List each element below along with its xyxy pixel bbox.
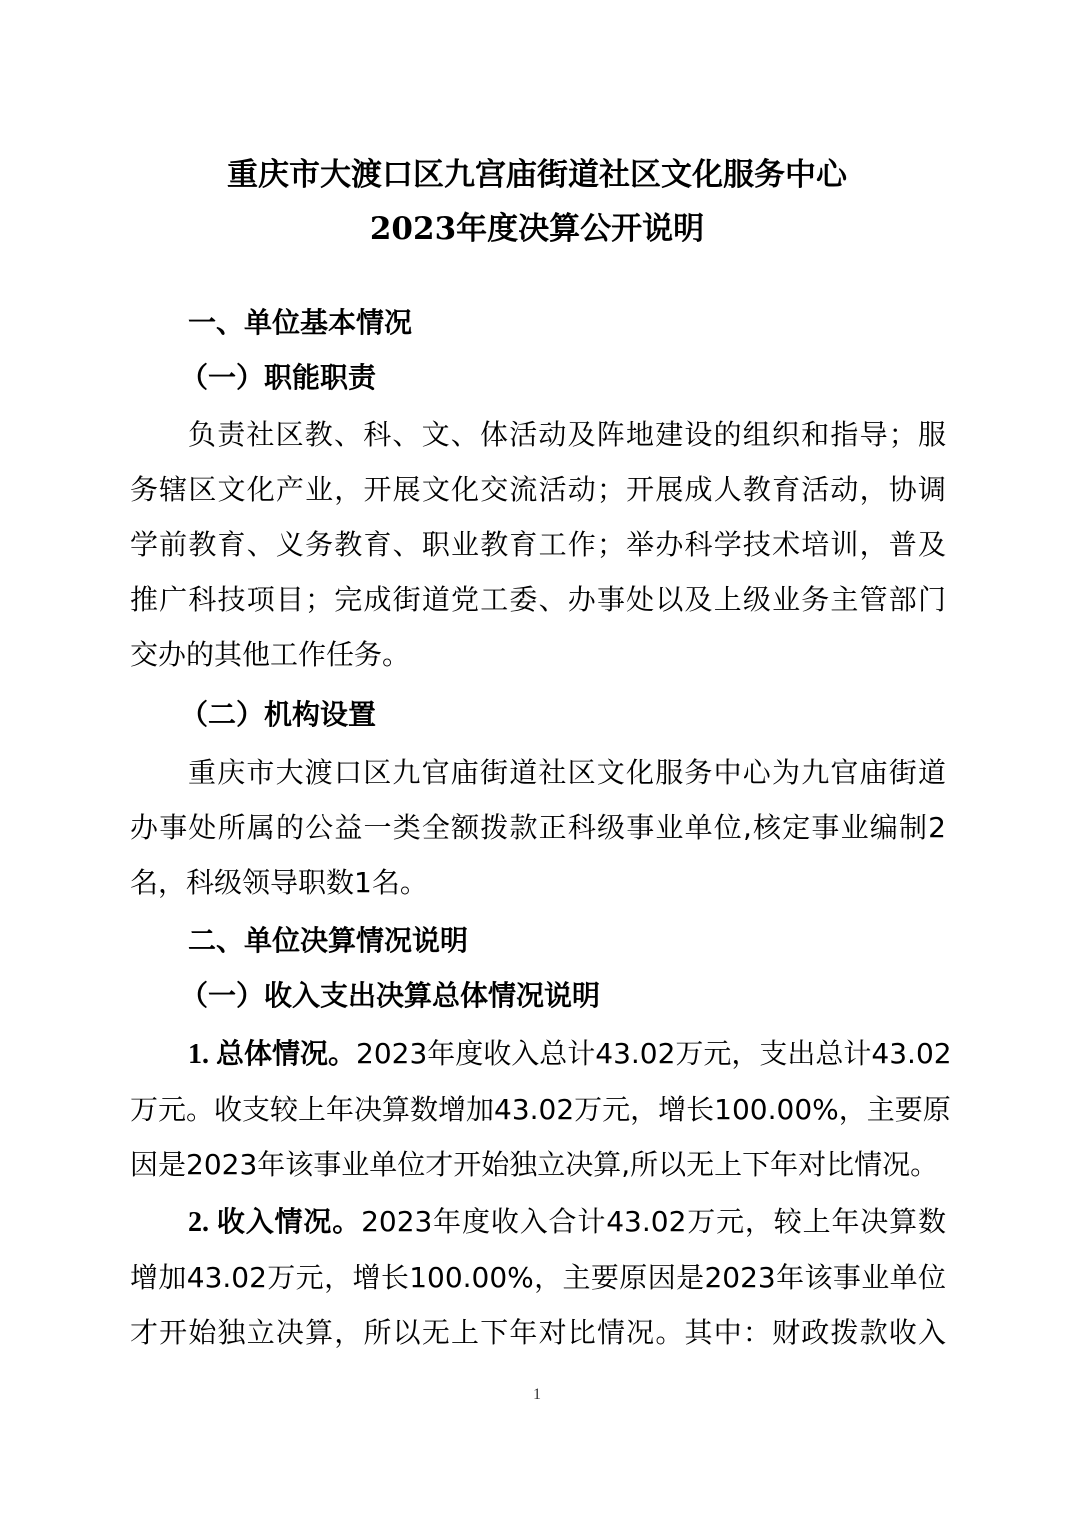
paragraph-line: 重庆市大渡口区九官庙街道社区文化服务中心为九官庙街道 xyxy=(130,745,946,800)
paragraph-line: 负责社区教、科、文、体活动及阵地建设的组织和指导；服 xyxy=(130,407,946,462)
subsection-heading-income-expenditure: （一）收入支出决算总体情况说明 xyxy=(180,968,600,1023)
item-text: 2023年度收入合计43.02万元，较上年决算数 xyxy=(361,1205,946,1238)
item-lead-income: 2. 收入情况。 xyxy=(188,1207,361,1238)
paragraph-line: 因是2023年该事业单位才开始独立决算,所以无上下年对比情况。 xyxy=(130,1137,946,1192)
paragraph-line: 学前教育、义务教育、职业教育工作；举办科学技术培训，普及 xyxy=(130,517,946,572)
paragraph-organization: 重庆市大渡口区九官庙街道社区文化服务中心为九官庙街道 办事处所属的公益一类全额拨… xyxy=(130,745,946,910)
document-page: 重庆市大渡口区九宫庙街道社区文化服务中心 2023年度决算公开说明 一、单位基本… xyxy=(0,0,1074,1520)
paragraph-overall: 1. 总体情况。2023年度收入总计43.02万元，支出总计43.02 万元。收… xyxy=(130,1026,946,1192)
section-heading-final-accounts: 二、单位决算情况说明 xyxy=(188,913,468,968)
item-lead-overall: 1. 总体情况。 xyxy=(188,1039,356,1070)
item-text: 2023年度收入总计43.02万元，支出总计43.02 xyxy=(356,1037,952,1070)
paragraph-line: 2. 收入情况。2023年度收入合计43.02万元，较上年决算数 xyxy=(130,1194,946,1250)
paragraph-line: 才开始独立决算，所以无上下年对比情况。其中：财政拨款收入 xyxy=(130,1305,946,1360)
paragraph-functions: 负责社区教、科、文、体活动及阵地建设的组织和指导；服 务辖区文化产业，开展文化交… xyxy=(130,407,946,682)
paragraph-line: 办事处所属的公益一类全额拨款正科级事业单位,核定事业编制2 xyxy=(130,800,946,855)
paragraph-line: 增加43.02万元，增长100.00%，主要原因是2023年该事业单位 xyxy=(130,1250,946,1305)
page-number: 1 xyxy=(0,1386,1074,1404)
subsection-heading-functions: （一）职能职责 xyxy=(180,350,376,405)
paragraph-line: 推广科技项目；完成街道党工委、办事处以及上级业务主管部门 xyxy=(130,572,946,627)
paragraph-line: 交办的其他工作任务。 xyxy=(130,627,946,682)
paragraph-line: 万元。收支较上年决算数增加43.02万元，增长100.00%，主要原 xyxy=(130,1082,946,1137)
paragraph-line: 务辖区文化产业，开展文化交流活动；开展成人教育活动，协调 xyxy=(130,462,946,517)
document-title-line-1: 重庆市大渡口区九宫庙街道社区文化服务中心 xyxy=(0,146,1074,204)
paragraph-line: 名，科级领导职数1名。 xyxy=(130,855,946,910)
section-heading-basic-info: 一、单位基本情况 xyxy=(188,295,412,350)
document-title-line-2: 2023年度决算公开说明 xyxy=(0,200,1074,258)
subsection-heading-organization: （二）机构设置 xyxy=(180,687,376,742)
paragraph-income: 2. 收入情况。2023年度收入合计43.02万元，较上年决算数 增加43.02… xyxy=(130,1194,946,1360)
paragraph-line: 1. 总体情况。2023年度收入总计43.02万元，支出总计43.02 xyxy=(130,1026,946,1082)
